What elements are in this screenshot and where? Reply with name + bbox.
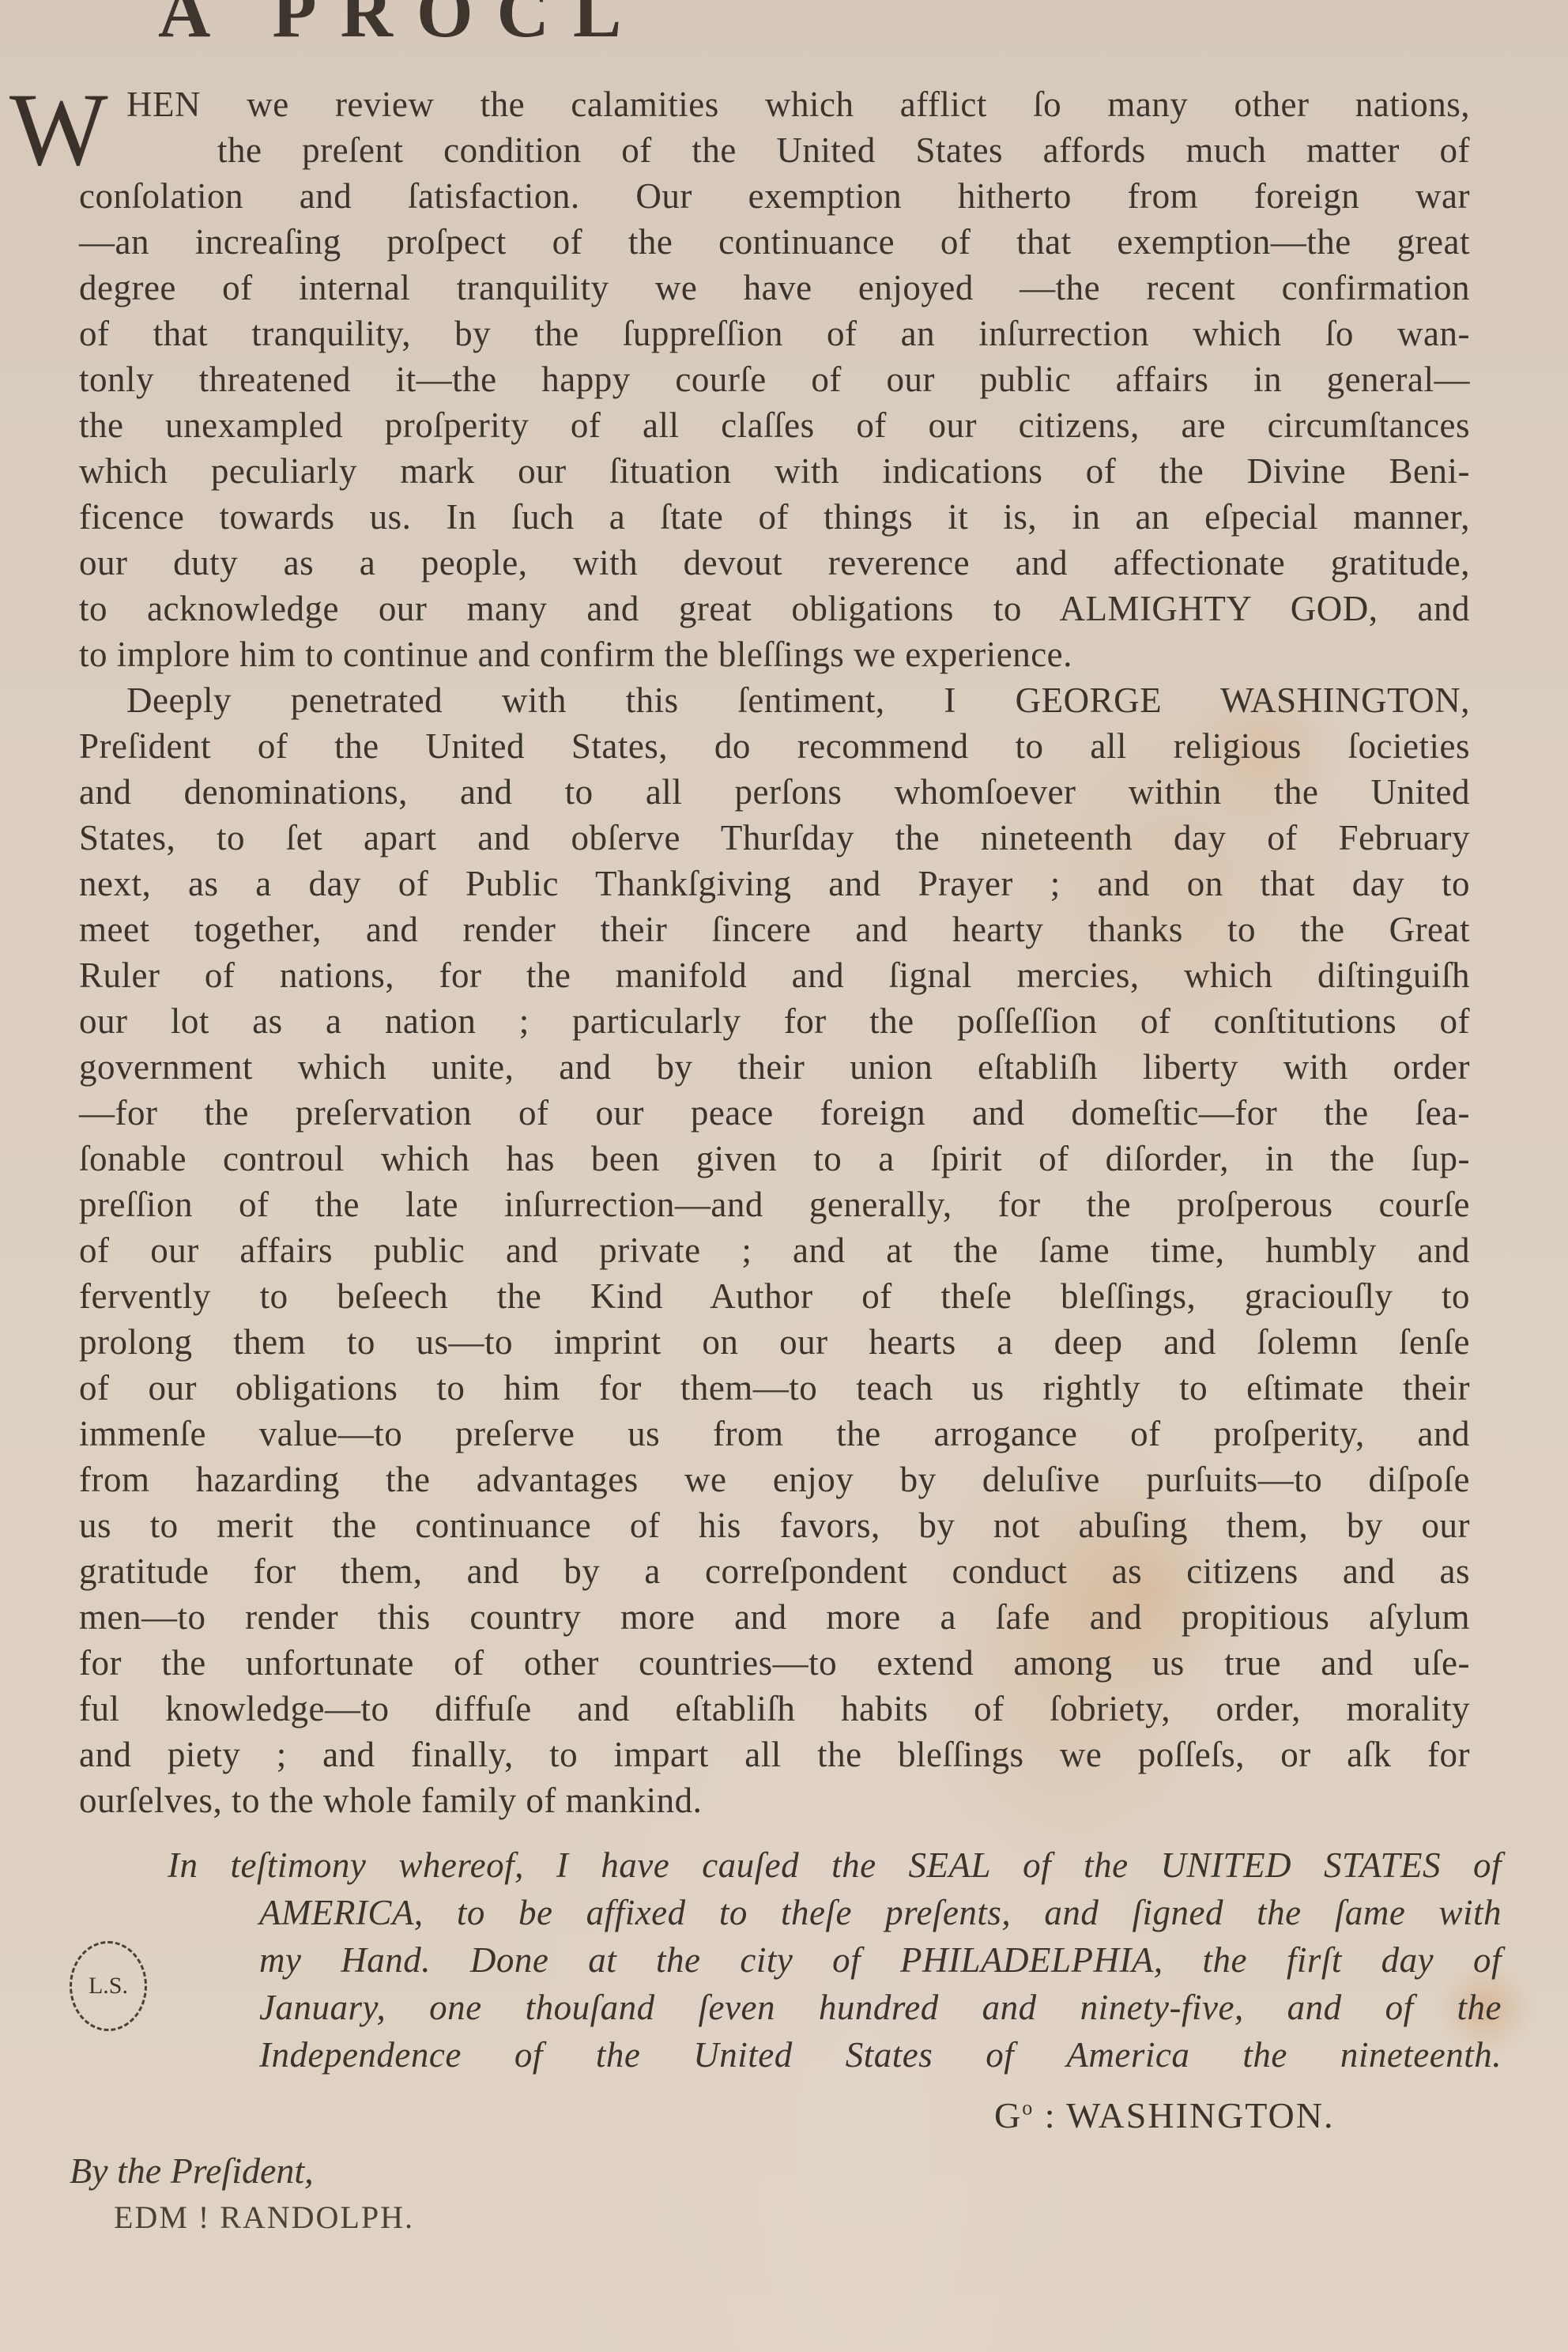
text-line: of our obligations to him for them—to te…	[79, 1366, 1470, 1410]
proclamation-title-fragment: A PROCL	[158, 0, 645, 54]
signature-superscript: o	[1022, 2097, 1034, 2120]
text-line: gratitude for them, and by a correſponde…	[79, 1549, 1470, 1593]
text-line: ful knowledge—to diffuſe and eſtabliſh h…	[79, 1687, 1470, 1731]
text-line: of our affairs public and private ; and …	[79, 1228, 1470, 1272]
text-line: men—to render this country more and more…	[79, 1595, 1470, 1639]
text-line: of that tranquility, by the ſuppreſſion …	[79, 311, 1470, 356]
text-line: which peculiarly mark our ſituation with…	[79, 449, 1470, 493]
text-line: the unexampled proſperity of all claſſes…	[79, 403, 1470, 447]
secretary-countersignature: EDM ! RANDOLPH.	[114, 2199, 414, 2236]
text-line: —an increaſing proſpect of the continuan…	[79, 220, 1470, 264]
text-line: meet together, and render their ſincere …	[79, 907, 1470, 952]
president-signature: Go : WASHINGTON.	[994, 2094, 1335, 2136]
text-line: degree of internal tranquility we have e…	[79, 266, 1470, 310]
text-line: tonly threatened it—the happy courſe of …	[79, 357, 1470, 401]
text-line: for the unfortunate of other countries—t…	[79, 1641, 1470, 1685]
text-line: next, as a day of Public Thankſgiving an…	[79, 861, 1470, 906]
text-line: and piety ; and finally, to impart all t…	[79, 1732, 1470, 1777]
text-line: Ruler of nations, for the manifold and ſ…	[79, 953, 1470, 997]
text-line: AMERICA, to be affixed to theſe preſents…	[259, 1890, 1502, 1935]
text-line: preſſion of the late inſurrection—and ge…	[79, 1182, 1470, 1227]
text-line: January, one thouſand ſeven hundred and …	[259, 1985, 1502, 2030]
text-line: Independence of the United States of Ame…	[259, 2033, 1502, 2077]
text-line: to acknowledge our many and great obliga…	[79, 586, 1470, 631]
text-line: and denominations, and to all perſons wh…	[79, 770, 1470, 814]
text-line: States, to ſet apart and obſerve Thurſda…	[79, 816, 1470, 860]
signature-name: : WASHINGTON.	[1034, 2095, 1334, 2135]
drop-cap-letter: W	[9, 82, 108, 177]
text-line: the preſent condition of the United Stat…	[217, 128, 1470, 172]
text-line: ourſelves, to the whole family of mankin…	[79, 1778, 1470, 1822]
text-line: our duty as a people, with devout revere…	[79, 541, 1470, 585]
text-line: Preſident of the United States, do recom…	[79, 724, 1470, 768]
text-line: my Hand. Done at the city of PHILADELPHI…	[259, 1938, 1502, 1982]
text-line: immenſe value—to preſerve us from the ar…	[79, 1412, 1470, 1456]
text-line: Deeply penetrated with this ſentiment, I…	[126, 678, 1470, 722]
seal-label: L.S.	[89, 1973, 128, 2000]
text-line: us to merit the continuance of his favor…	[79, 1503, 1470, 1547]
text-line: to implore him to continue and confirm t…	[79, 632, 1470, 677]
by-the-president-line: By the Preſident,	[70, 2150, 314, 2192]
text-line: In teſtimony whereof, I have cauſed the …	[168, 1843, 1502, 1887]
text-line: our lot as a nation ; particularly for t…	[79, 999, 1470, 1043]
text-line: conſolation and ſatisfaction. Our exempt…	[79, 174, 1470, 218]
text-line: —for the preſervation of our peace forei…	[79, 1091, 1470, 1135]
text-line: fervently to beſeech the Kind Author of …	[79, 1274, 1470, 1318]
signature-initial: G	[994, 2095, 1022, 2135]
text-line: HEN we review the calamities which affli…	[126, 82, 1470, 126]
text-line: ſonable controul which has been given to…	[79, 1136, 1470, 1181]
text-line: from hazarding the advantages we enjoy b…	[79, 1457, 1470, 1502]
text-line: ficence towards us. In ſuch a ſtate of t…	[79, 495, 1470, 539]
seal-mark: L.S.	[70, 1941, 147, 2031]
text-line: prolong them to us—to imprint on our hea…	[79, 1320, 1470, 1364]
text-line: government which unite, and by their uni…	[79, 1045, 1470, 1089]
